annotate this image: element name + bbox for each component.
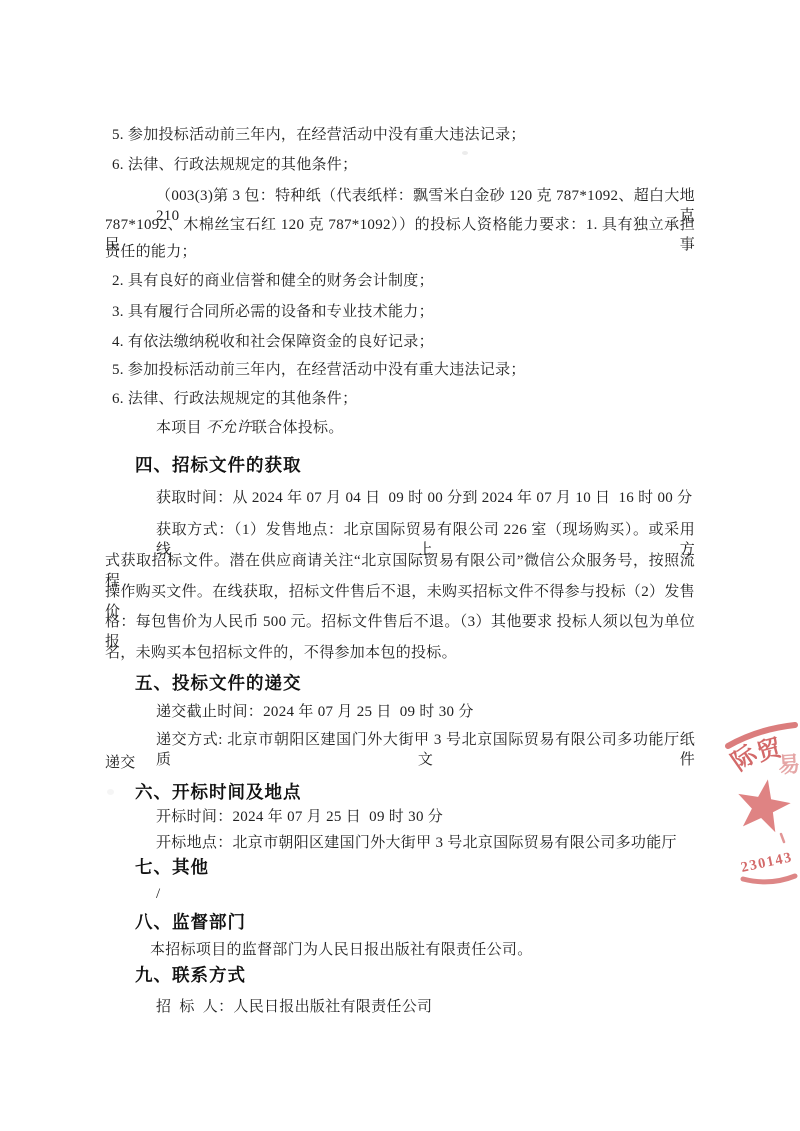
seal-arc-text: 贸 xyxy=(754,734,785,767)
submission-method-line: 递交 xyxy=(105,753,695,773)
section4-heading: 四、招标文件的获取 xyxy=(135,455,695,475)
seal-bottom-rim xyxy=(743,876,795,882)
supervision-statement: 本招标项目的监督部门为人民日报出版社有限责任公司。 xyxy=(150,940,695,960)
seal-serial-number: 230143 xyxy=(740,849,795,876)
acquire-method-line: 名，未购买本包招标文件的，不得参加本包的投标。 xyxy=(105,643,695,663)
submission-deadline: 递交截止时间：2024 年 07 月 25 日 09 时 30 分 xyxy=(156,702,695,722)
qualification-item: 2. 具有良好的商业信誉和健全的财务会计制度； xyxy=(112,271,695,291)
acquire-time: 获取时间：从 2024 年 07 月 04 日 09 时 00 分到 2024 … xyxy=(156,488,695,508)
qualification-item: 6. 法律、行政法规规定的其他条件； xyxy=(112,389,695,409)
opening-time: 开标时间：2024 年 07 月 25 日 09 时 30 分 xyxy=(156,807,695,827)
star-icon xyxy=(738,779,790,832)
official-seal: 际 贸 易 230143 xyxy=(698,692,800,902)
seal-top-rim xyxy=(728,725,795,746)
official-seal-graphic: 际 贸 易 230143 xyxy=(698,692,800,902)
package3-requirements-line: 责任的能力； xyxy=(105,242,695,262)
qualification-item: 5. 参加投标活动前三年内，在经营活动中没有重大违法记录； xyxy=(112,125,695,145)
section5-heading: 五、投标文件的递交 xyxy=(135,673,695,693)
qualification-item: 5. 参加投标活动前三年内，在经营活动中没有重大违法记录； xyxy=(112,360,695,380)
consortium-not-allowed: 不允许 xyxy=(206,420,252,436)
qualification-item: 4. 有依法缴纳税收和社会保障资金的良好记录； xyxy=(112,332,695,352)
section9-heading: 九、联系方式 xyxy=(135,965,695,985)
qualification-item: 3. 具有履行合同所必需的设备和专业技术能力； xyxy=(112,302,695,322)
seal-ink-mark xyxy=(781,834,784,842)
scanned-tender-document-page: 5. 参加投标活动前三年内，在经营活动中没有重大违法记录； 6. 法律、行政法规… xyxy=(0,0,800,1131)
tenderer-line: 招 标 人：人民日报出版社有限责任公司 xyxy=(156,997,695,1017)
section7-heading: 七、其他 xyxy=(135,857,695,877)
scan-speck xyxy=(107,789,114,795)
section7-content: / xyxy=(156,884,695,904)
section8-heading: 八、监督部门 xyxy=(135,912,695,932)
section6-heading: 六、开标时间及地点 xyxy=(135,782,695,802)
qualification-item: 6. 法律、行政法规规定的其他条件； xyxy=(112,155,695,175)
consortium-post: 联合体投标。 xyxy=(252,420,344,436)
consortium-statement: 本项目 不允许联合体投标。 xyxy=(156,418,695,438)
seal-arc-text: 易 xyxy=(777,751,800,777)
scan-speck xyxy=(687,237,692,242)
opening-place: 开标地点：北京市朝阳区建国门外大街甲 3 号北京国际贸易有限公司多功能厅 xyxy=(156,833,695,853)
consortium-pre: 本项目 xyxy=(156,420,206,436)
scan-speck xyxy=(462,151,468,155)
seal-arc-text: 际 xyxy=(727,740,763,776)
